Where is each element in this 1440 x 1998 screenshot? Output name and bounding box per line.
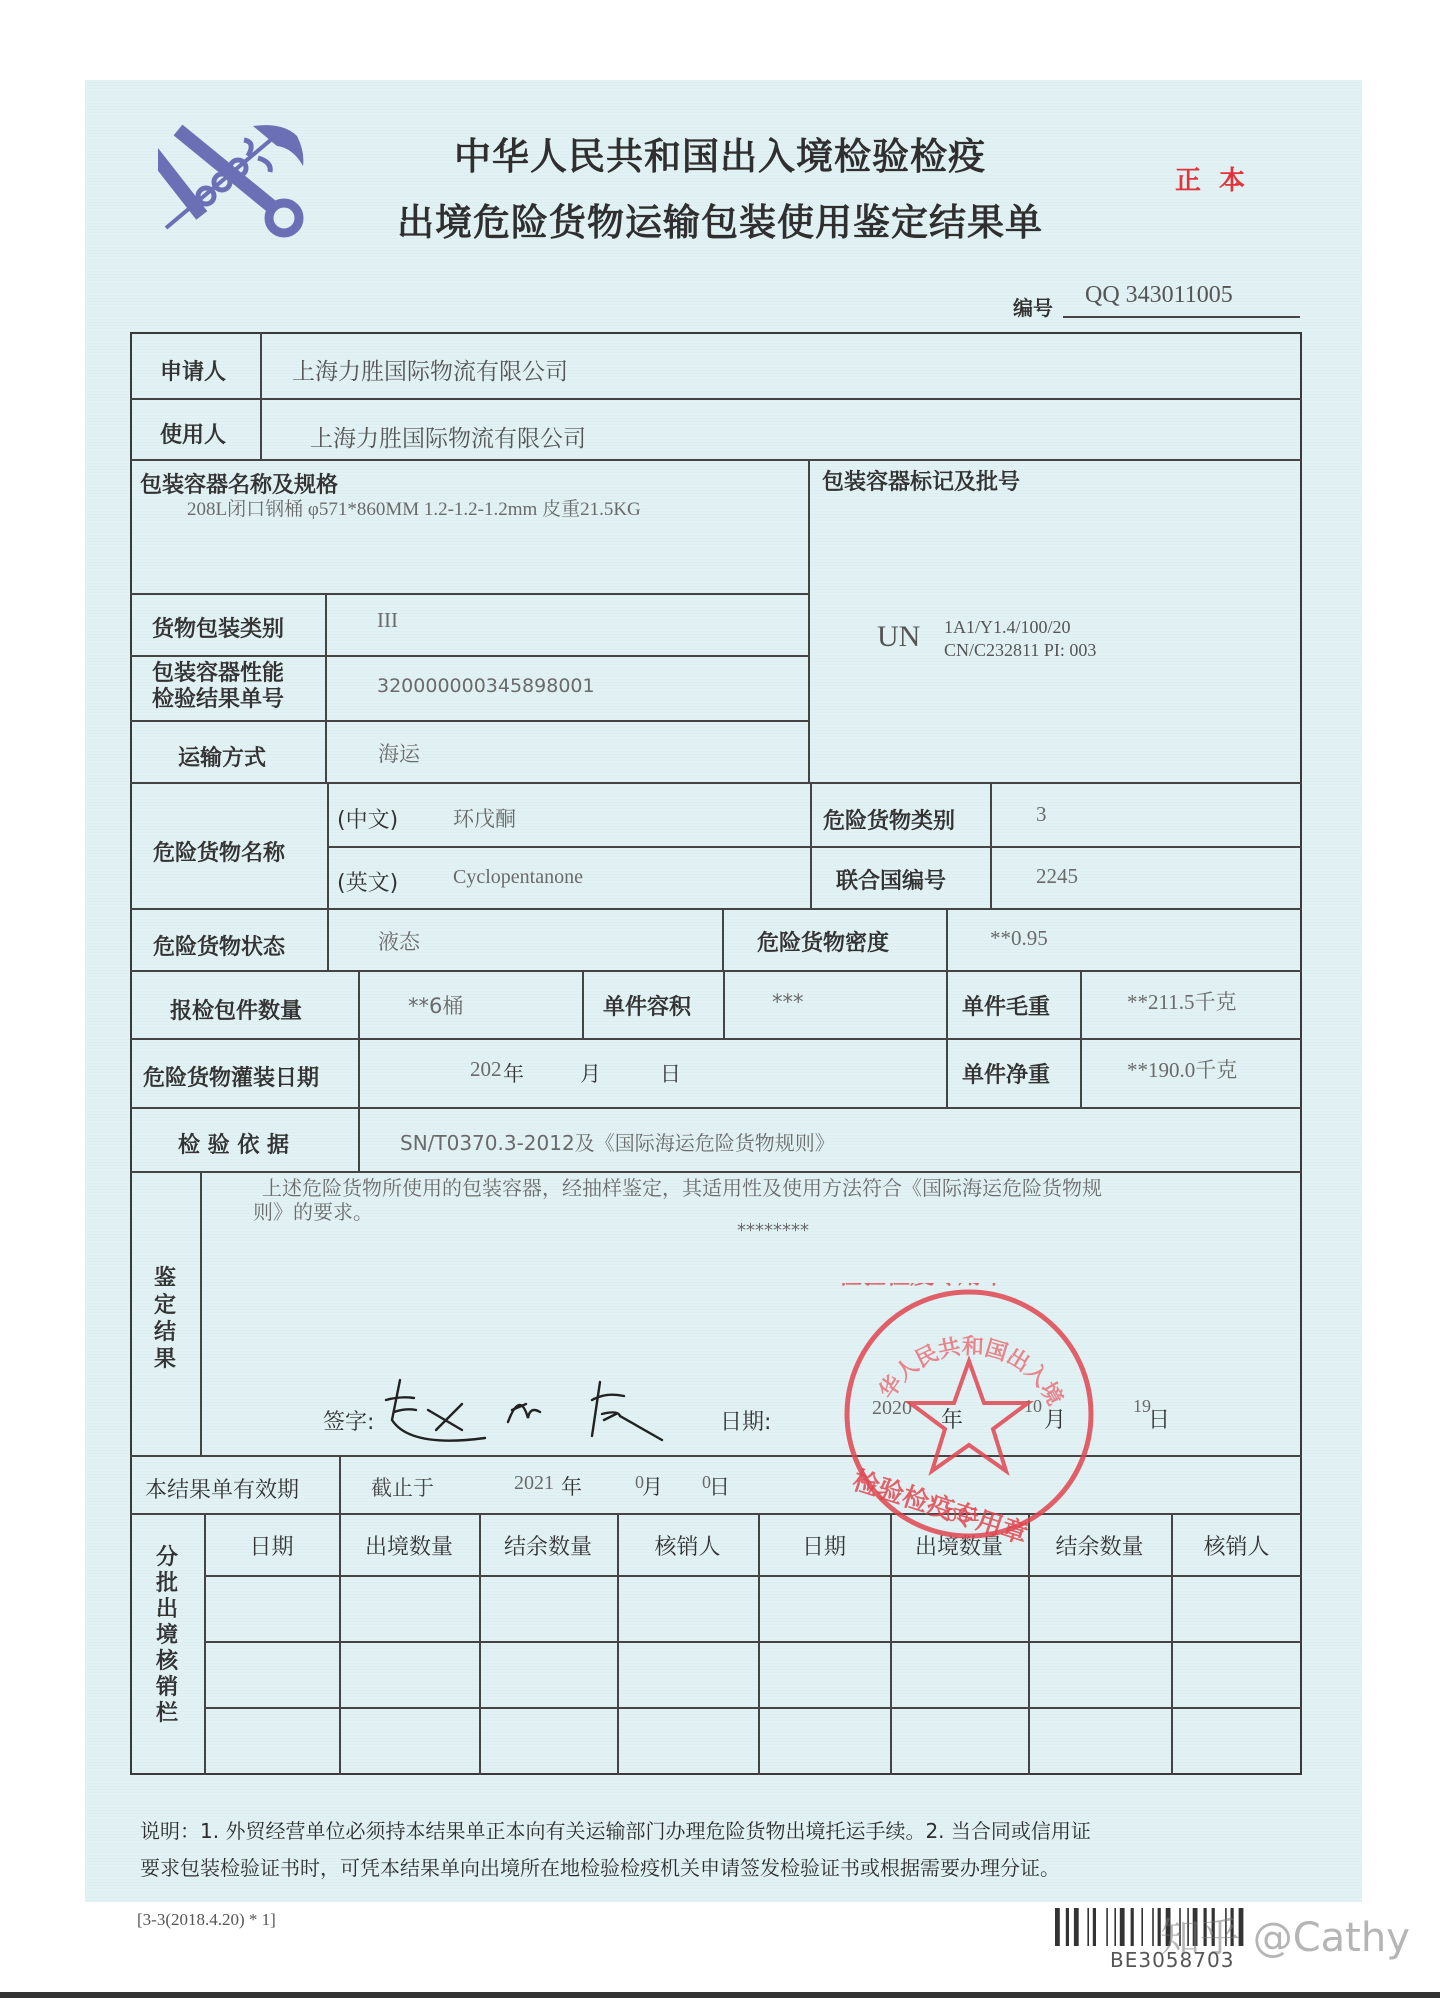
test-report-label-1: 包装容器性能 [152,662,284,686]
package-count-value: **6桶 [408,990,463,1020]
title-line-2: 出境危险货物运输包装使用鉴定结果单 [300,192,1140,246]
fill-date-day-unit: 日 [660,1058,681,1088]
dg-name-cn-value: 环戊酮 [453,803,516,833]
basis-label: 检 验 依 据 [178,1128,289,1159]
test-report-value: 320000000345898001 [377,675,595,697]
dg-class-label: 危险货物类别 [823,804,955,835]
unit-volume-label: 单件容积 [603,990,691,1021]
customs-logo-icon [158,118,323,238]
dg-state-label: 危险货物状态 [153,930,285,961]
dg-name-label: 危险货物名称 [153,836,285,867]
unit-net-label: 单件净重 [962,1058,1050,1089]
un-number-value: 2245 [1036,864,1078,889]
user-value: 上海力胜国际物流有限公司 [310,420,586,453]
result-day-unit: 日 [1148,1403,1170,1434]
un-mark: UN [877,620,920,654]
dg-name-en-tag: (英文) [337,866,398,897]
sign-label: 签字: [323,1405,374,1436]
serial-number: QQ 343011005 [1063,282,1300,318]
title-line-1: 中华人民共和国出入境检验检疫 [300,126,1140,180]
scan-edge [0,1992,1440,1998]
packing-group-value: III [377,608,398,633]
un-number-label: 联合国编号 [836,864,946,895]
fill-date-year: 202 [470,1057,502,1082]
date-label: 日期: [720,1405,771,1436]
basis-value: SN/T0370.3-2012及《国际海运危险货物规则》 [400,1127,835,1156]
batch-label: 分批出境核销栏 [154,1545,180,1727]
watermark: 知乎 @Cathy [1160,1906,1410,1963]
dg-density-value: **0.95 [990,926,1048,951]
container-mark-label: 包装容器标记及批号 [822,465,1020,496]
notes-line-1: 说明：1. 外贸经营单位必须持本结果单正本向有关运输部门办理危险货物出境托运手续… [140,1815,1091,1844]
batch-header-cell: 出境数量 [339,1530,479,1561]
unit-net-value: **190.0千克 [1127,1054,1237,1084]
applicant-value: 上海力胜国际物流有限公司 [292,353,568,386]
validity-month-unit: 月 [642,1471,663,1501]
result-label: 鉴定结果 [152,1265,178,1373]
transport-label: 运输方式 [178,741,266,772]
batch-header-cell: 核销人 [617,1530,758,1561]
test-report-label-2: 检验结果单号 [152,688,284,712]
batch-header-cell: 结余数量 [479,1530,617,1561]
container-mark-line2: CN/C232811 PI: 003 [944,640,1096,661]
validity-day-unit: 日 [709,1471,730,1501]
unit-gross-value: **211.5千克 [1127,986,1236,1016]
transport-value: 海运 [378,738,420,768]
batch-header-cell: 核销人 [1171,1530,1302,1561]
dg-density-label: 危险货物密度 [757,926,889,957]
dg-state-value: 液态 [378,926,420,956]
packing-group-label: 货物包装类别 [152,612,284,643]
batch-header-cell: 日期 [204,1530,339,1561]
validity-label: 本结果单有效期 [145,1473,299,1504]
dg-name-cn-tag: (中文) [337,803,398,834]
svg-text:检验检疫专用章: 检验检疫专用章 [838,1283,1006,1289]
user-label: 使用人 [160,418,226,449]
dg-class-value: 3 [1036,802,1047,827]
fill-date-month-unit: 月 [580,1058,601,1088]
unit-gross-label: 单件毛重 [962,990,1050,1021]
container-mark-line1: 1A1/Y1.4/100/20 [944,617,1071,638]
validity-prefix: 截止于 [371,1472,434,1502]
applicant-label: 申请人 [160,355,226,386]
signature-icon [380,1370,700,1455]
notes-line-2: 要求包装检验证书时，可凭本结果单向出境所在地检验检疫机关申请签发检验证书或根据需… [140,1852,1060,1881]
fill-date-label: 危险货物灌装日期 [143,1061,319,1092]
result-text-line1: 上述危险货物所使用的包装容器，经抽样鉴定，其适用性及使用方法符合《国际海运危险货… [262,1172,1102,1201]
form-code: [3-3(2018.4.20) * 1] [137,1910,276,1930]
unit-volume-value: *** [772,990,804,1014]
fill-date-year-unit: 年 [503,1058,524,1088]
validity-year: 2021 [514,1472,554,1495]
serial-label: 编号 [1013,292,1053,321]
validity-year-unit: 年 [561,1471,582,1501]
dg-name-en-value: Cyclopentanone [453,866,583,889]
result-text-line2: 则》的要求。 [253,1196,373,1225]
package-count-label: 报检包件数量 [170,994,302,1025]
result-stars: ******** [737,1220,809,1241]
container-spec-value: 208L闭口钢桶 φ571*860MM 1.2-1.2-1.2mm 皮重21.5… [187,494,641,521]
original-copy-mark: 正本 [1175,160,1263,197]
